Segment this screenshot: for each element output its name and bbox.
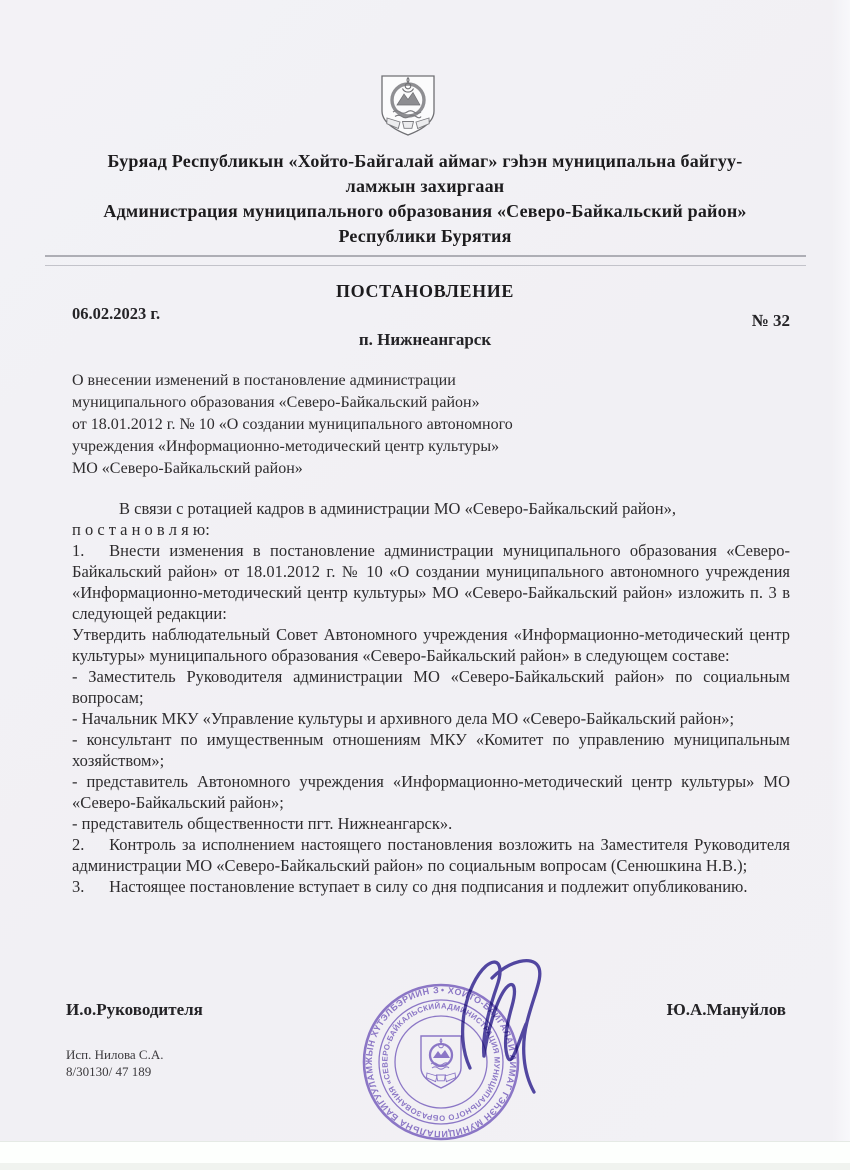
signer-name: Ю.А.Мануйлов [667, 1000, 786, 1020]
letterhead-line-buryat-2: ламжын захиргаан [40, 174, 810, 199]
document-place: п. Нижнеангарск [0, 330, 850, 350]
document-subject: О внесении изменений в постановление адм… [72, 370, 672, 480]
body-paragraph-member: - Начальник МКУ «Управление культуры и а… [72, 708, 790, 729]
scan-bottom-edge [0, 1141, 850, 1170]
subject-line: МО «Северо-Байкальский район» [72, 458, 672, 480]
executor-name: Исп. Нилова С.А. [66, 1046, 164, 1063]
scanned-decree-page: Буряад Республикын «Хойто-Байгалай аймаг… [0, 0, 850, 1170]
handwritten-signature-icon [440, 950, 570, 1100]
body-paragraph-member: - Заместитель Руководителя администрации… [72, 666, 790, 708]
body-paragraph-item-3: 3. Настоящее постановление вступает в си… [72, 876, 790, 897]
executor-note: Исп. Нилова С.А. 8/30130/ 47 189 [66, 1046, 164, 1080]
document-number: № 32 [752, 311, 790, 331]
document-body: В связи с ротацией кадров в администраци… [72, 498, 790, 897]
letterhead-divider [45, 255, 806, 266]
letterhead-line-russian-1: Администрация муниципального образования… [40, 199, 810, 224]
subject-line: от 18.01.2012 г. № 10 «О создании муници… [72, 414, 672, 436]
body-paragraph-member: - консультант по имущественным отношения… [72, 729, 790, 771]
subject-line: учреждения «Информационно-методический ц… [72, 436, 672, 458]
body-paragraph: В связи с ротацией кадров в администраци… [72, 498, 790, 519]
executor-phone: 8/30130/ 47 189 [66, 1063, 164, 1080]
body-paragraph-item-1: 1. Внести изменения в постановление адми… [72, 540, 790, 624]
buryatia-coat-of-arms-icon [378, 73, 438, 139]
letterhead: Буряад Республикын «Хойто-Байгалай аймаг… [40, 149, 810, 249]
body-paragraph-member: - представитель общественности пгт. Нижн… [72, 813, 790, 834]
body-paragraph-resolve: п о с т а н о в л я ю: [72, 519, 790, 540]
letterhead-line-russian-2: Республики Бурятия [40, 224, 810, 249]
subject-line: О внесении изменений в постановление адм… [72, 370, 672, 392]
subject-line: муниципального образования «Северо-Байка… [72, 392, 672, 414]
body-paragraph-item-2: 2. Контроль за исполнением настоящего по… [72, 834, 790, 876]
document-title: ПОСТАНОВЛЕНИЕ [0, 281, 850, 302]
scan-right-edge [832, 0, 850, 1170]
document-date: 06.02.2023 г. [72, 304, 160, 324]
letterhead-line-buryat-1: Буряад Республикын «Хойто-Байгалай аймаг… [40, 149, 810, 174]
signer-position: И.о.Руководителя [66, 1000, 203, 1020]
body-paragraph: Утвердить наблюдательный Совет Автономно… [72, 624, 790, 666]
body-paragraph-member: - представитель Автономного учреждения «… [72, 771, 790, 813]
